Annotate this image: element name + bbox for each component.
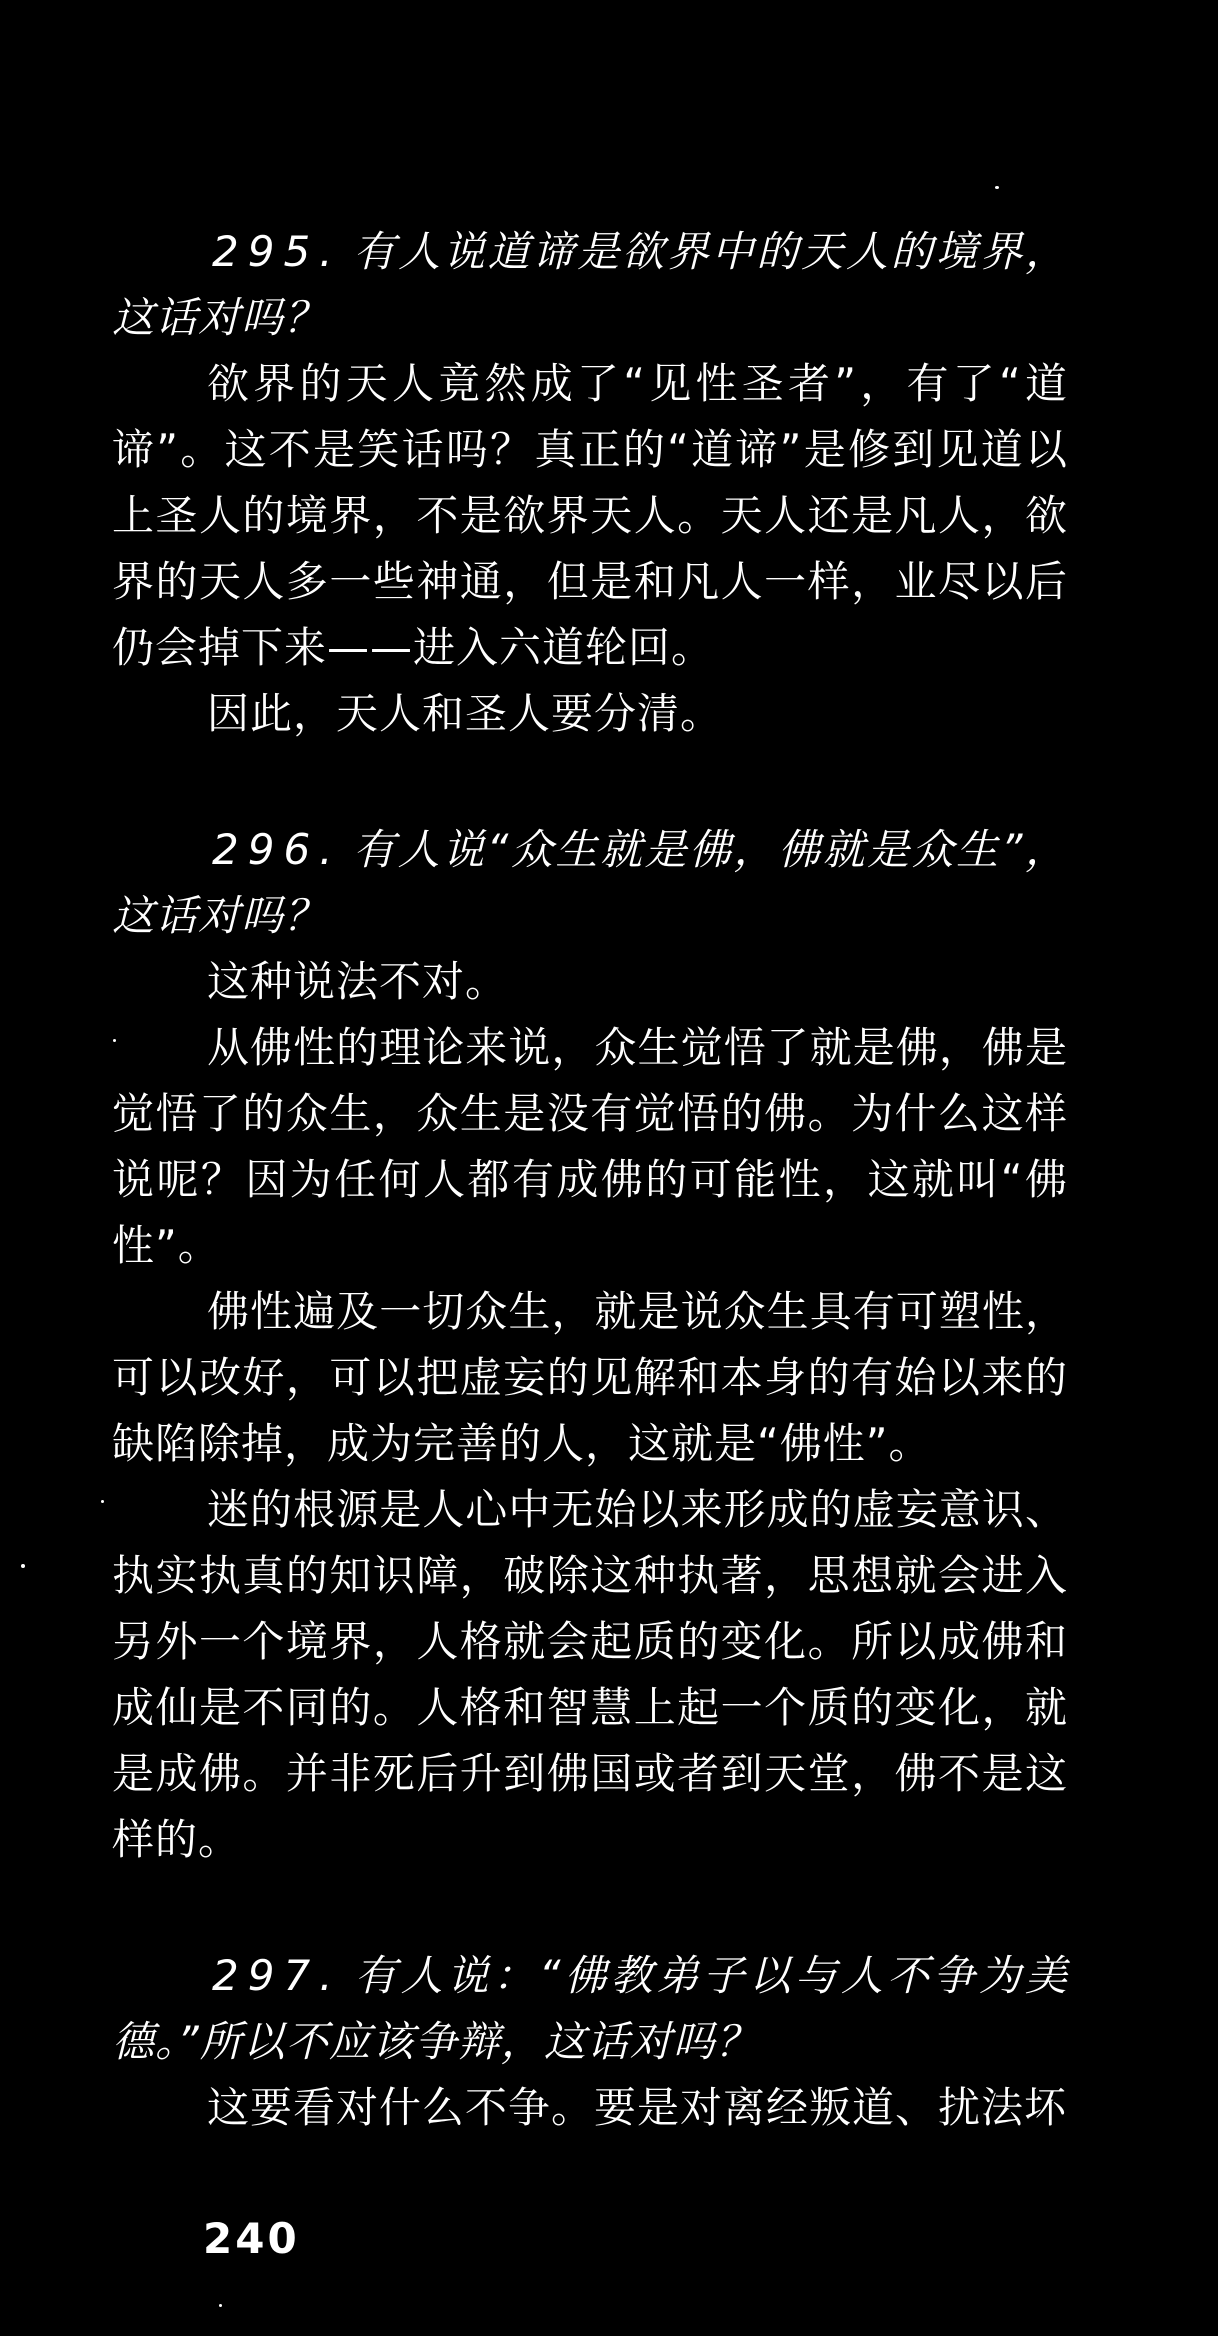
scan-speck	[101, 1500, 104, 1503]
paragraph-text: 迷的根源是人心中无始以来形成的虚妄意识、执实执真的知识障，破除这种执著，思想就会…	[112, 1485, 1068, 1864]
scan-speck	[995, 186, 999, 189]
page-text-block: 295.有人说道谛是欲界中的天人的境界，这话对吗？ 欲界的天人竟然成了“见性圣者…	[112, 219, 1068, 2141]
answer-296-paragraph-1: 这种说法不对。	[112, 949, 1068, 1015]
question-296: 296.有人说“众生就是佛，佛就是众生”，这话对吗？	[112, 817, 1068, 949]
question-297-number: 297.	[212, 1951, 342, 2000]
scan-speck	[219, 2304, 222, 2307]
question-296-number: 296.	[212, 825, 342, 874]
paragraph-text: 因此，天人和圣人要分清。	[207, 689, 723, 738]
paragraph-text: 欲界的天人竟然成了“见性圣者”，有了“道谛”。这不是笑话吗？真正的“道谛”是修到…	[112, 359, 1068, 672]
page-number: 240	[203, 2214, 300, 2263]
answer-297-paragraph-1: 这要看对什么不争。要是对离经叛道、扰法坏	[112, 2075, 1068, 2141]
answer-295-paragraph-1: 欲界的天人竟然成了“见性圣者”，有了“道谛”。这不是笑话吗？真正的“道谛”是修到…	[112, 351, 1068, 681]
paragraph-text: 这种说法不对。	[207, 957, 508, 1006]
question-297: 297.有人说：“佛教弟子以与人不争为美德。”所以不应该争辩，这话对吗？	[112, 1943, 1068, 2075]
book-page: 295.有人说道谛是欲界中的天人的境界，这话对吗？ 欲界的天人竟然成了“见性圣者…	[0, 0, 1218, 2336]
scan-speck	[113, 1039, 116, 1042]
answer-295-paragraph-2: 因此，天人和圣人要分清。	[112, 681, 1068, 747]
scan-speck	[21, 1564, 25, 1568]
answer-296-paragraph-2: 从佛性的理论来说，众生觉悟了就是佛，佛是觉悟了的众生，众生是没有觉悟的佛。为什么…	[112, 1015, 1068, 1279]
answer-296-paragraph-4: 迷的根源是人心中无始以来形成的虚妄意识、执实执真的知识障，破除这种执著，思想就会…	[112, 1477, 1068, 1873]
answer-296-paragraph-3: 佛性遍及一切众生，就是说众生具有可塑性，可以改好，可以把虚妄的见解和本身的有始以…	[112, 1279, 1068, 1477]
paragraph-text: 佛性遍及一切众生，就是说众生具有可塑性，可以改好，可以把虚妄的见解和本身的有始以…	[112, 1287, 1068, 1468]
paragraph-text: 这要看对什么不争。要是对离经叛道、扰法坏	[207, 2083, 1067, 2132]
paragraph-text: 从佛性的理论来说，众生觉悟了就是佛，佛是觉悟了的众生，众生是没有觉悟的佛。为什么…	[112, 1023, 1068, 1270]
question-295: 295.有人说道谛是欲界中的天人的境界，这话对吗？	[112, 219, 1068, 351]
question-295-number: 295.	[212, 227, 342, 276]
